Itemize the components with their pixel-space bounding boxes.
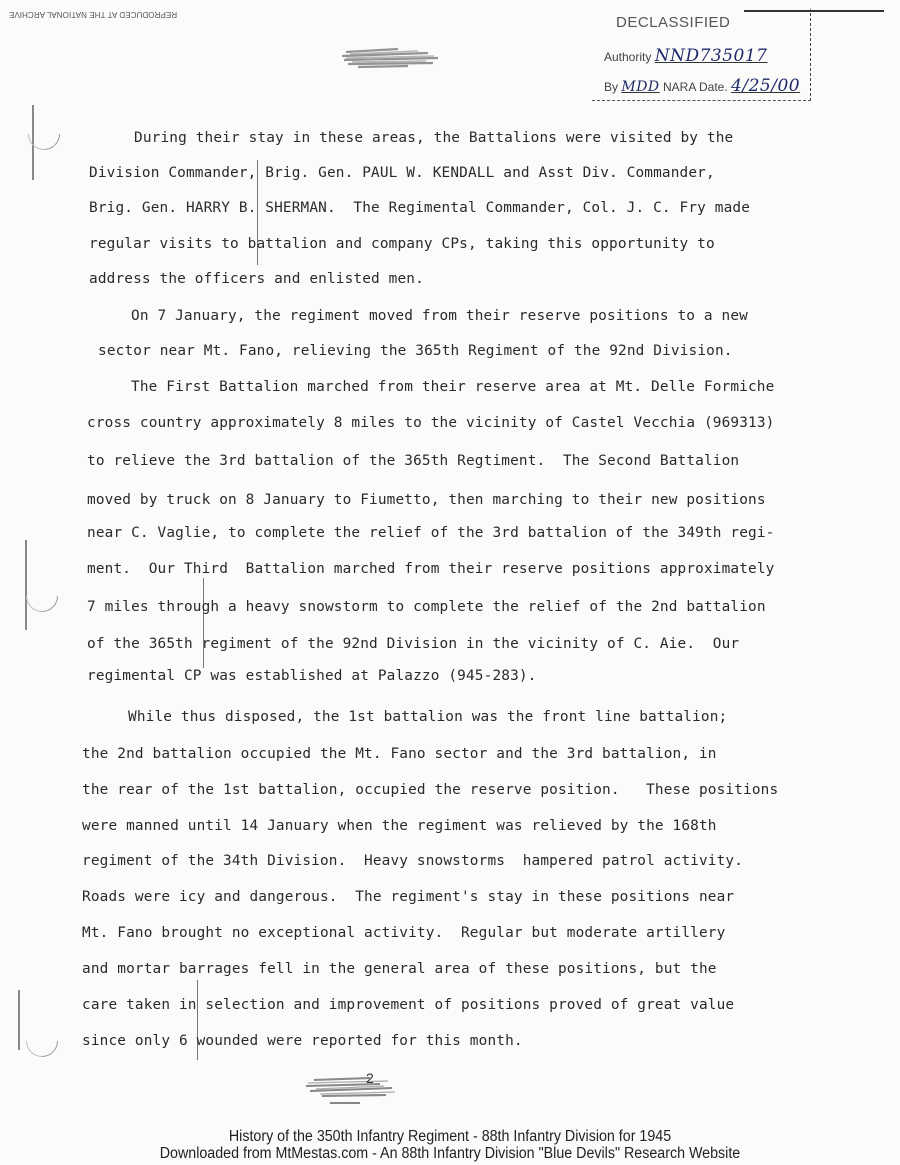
text-line: since only 6 wounded were reported for t… [82, 1023, 523, 1059]
text-line: to relieve the 3rd battalion of the 365t… [87, 443, 739, 479]
text-line: care taken in selection and improvement … [82, 987, 734, 1023]
binder-hole-icon [19, 1018, 64, 1063]
text-line: regimental CP was established at Palazzo… [87, 658, 537, 694]
by-label: By [604, 80, 618, 94]
text-line: were manned until 14 January when the re… [82, 808, 717, 844]
text-line: While thus disposed, the 1st battalion w… [128, 699, 727, 735]
footer-title: History of the 350th Infantry Regiment -… [36, 1128, 864, 1146]
stamp-border-top [744, 10, 884, 12]
text-line: address the officers and enlisted men. [89, 261, 424, 297]
nara-date-value: 4/25/00 [731, 76, 800, 96]
authority-label: Authority [604, 50, 651, 64]
text-line: 7 miles through a heavy snowstorm to com… [87, 589, 766, 625]
text-line: the rear of the 1st battalion, occupied … [82, 772, 778, 808]
by-row: By MDD NARA Date. 4/25/00 [604, 76, 800, 96]
redaction-scribble-top [338, 46, 448, 70]
text-line: Mt. Fano brought no exceptional activity… [82, 915, 725, 951]
nara-date-label: NARA Date [663, 80, 724, 94]
text-line: cross country approximately 8 miles to t… [87, 405, 774, 441]
footer-source: Downloaded from MtMestas.com - An 88th I… [36, 1145, 864, 1163]
archive-stamp: REPRODUCED AT THE NATIONAL ARCHIVE [8, 10, 178, 19]
text-line: During their stay in these areas, the Ba… [134, 120, 733, 156]
text-line: sector near Mt. Fano, relieving the 365t… [98, 333, 733, 369]
text-line: regiment of the 34th Division. Heavy sno… [82, 843, 743, 879]
redaction-scribble-bottom [300, 1070, 410, 1110]
text-line: The First Battalion marched from their r… [131, 369, 774, 405]
declassified-title: DECLASSIFIED [616, 14, 730, 31]
binder-line [18, 990, 20, 1050]
authority-row: Authority NND735017 [604, 46, 767, 66]
by-value: MDD [621, 79, 659, 95]
page-number: 2 [366, 1070, 374, 1086]
authority-value: NND735017 [655, 46, 768, 66]
text-line: On 7 January, the regiment moved from th… [131, 298, 748, 334]
text-line: near C. Vaglie, to complete the relief o… [87, 515, 774, 551]
text-line: Division Commander, Brig. Gen. PAUL W. K… [89, 155, 715, 191]
document-page: REPRODUCED AT THE NATIONAL ARCHIVE DECLA… [0, 0, 900, 1165]
binder-hole-icon [21, 111, 66, 156]
binder-line [25, 540, 27, 630]
text-line: of the 365th regiment of the 92nd Divisi… [87, 626, 739, 662]
text-line: Brig. Gen. HARRY B. SHERMAN. The Regimen… [89, 190, 750, 226]
text-line: the 2nd battalion occupied the Mt. Fano … [82, 736, 717, 772]
text-line: Roads were icy and dangerous. The regime… [82, 879, 734, 915]
text-line: regular visits to battalion and company … [89, 226, 715, 262]
text-line: ment. Our Third Battalion marched from t… [87, 551, 774, 587]
declassification-stamp: DECLASSIFIED Authority NND735017 By MDD … [592, 8, 811, 101]
text-line: moved by truck on 8 January to Fiumetto,… [87, 482, 766, 518]
text-line: and mortar barrages fell in the general … [82, 951, 717, 987]
